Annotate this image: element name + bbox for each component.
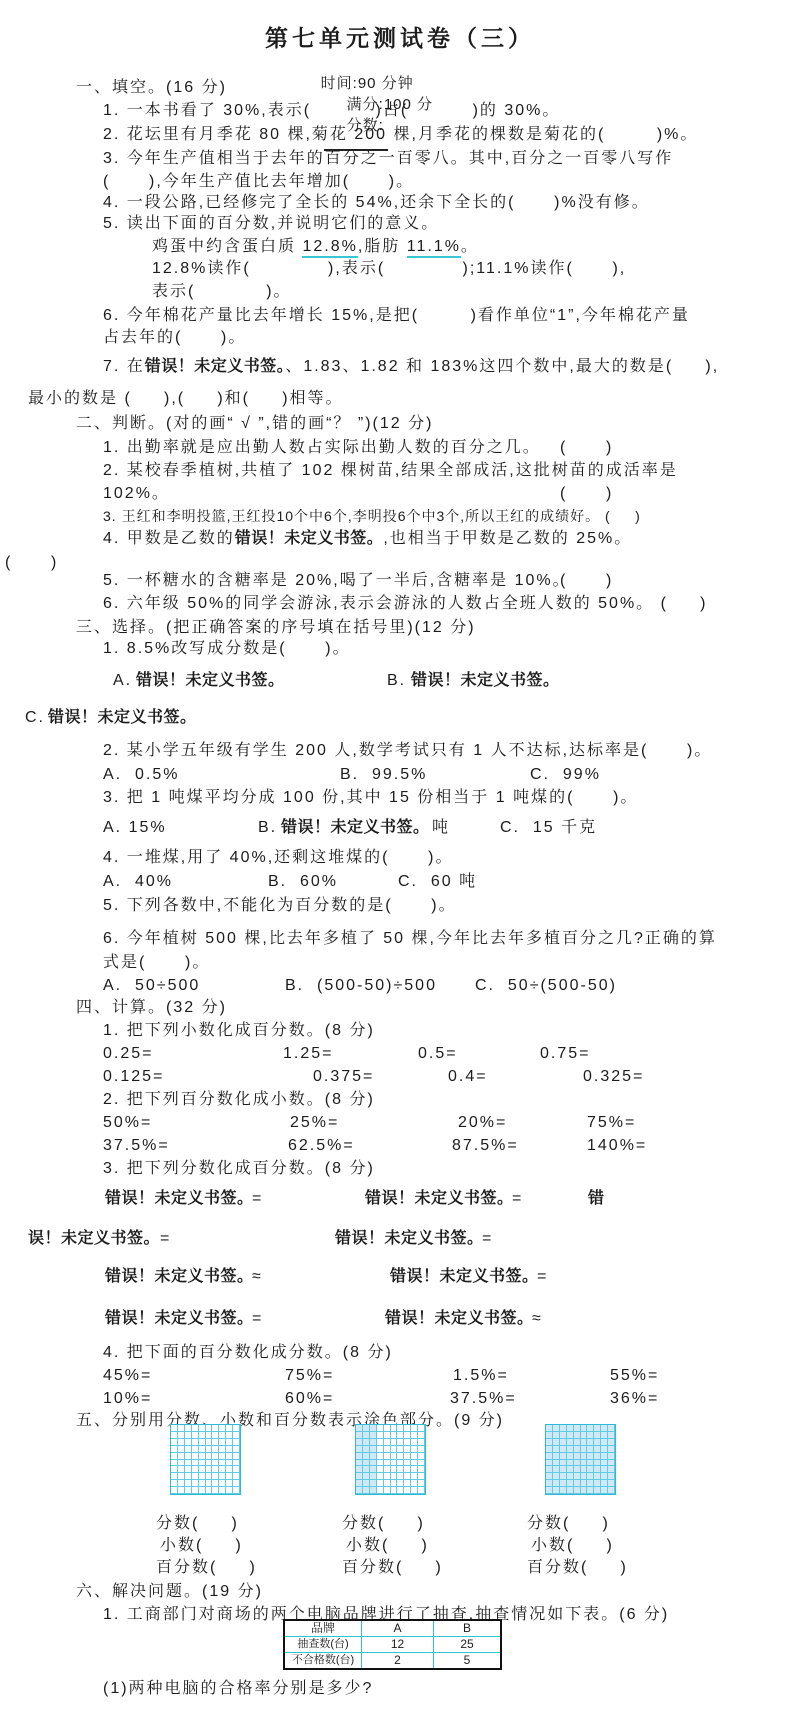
- grid-cell: [199, 1480, 206, 1487]
- grid-cell: [594, 1439, 601, 1446]
- grid-cell: [397, 1473, 404, 1480]
- grid-cell: [546, 1425, 553, 1432]
- q4-4-r1: 45%=75%=1.5%=55%=: [0, 1365, 800, 1389]
- grid-cell: [546, 1460, 553, 1467]
- grid-cell: [608, 1446, 615, 1453]
- grid-cell: [219, 1460, 226, 1467]
- grid-cell: [356, 1432, 363, 1439]
- grid-cell: [206, 1432, 213, 1439]
- grid-cell: [587, 1453, 594, 1460]
- text-segment: 占去年的( )。: [103, 329, 246, 346]
- survey-table-wrap: 品牌 A B 抽查数(台) 12 25 不合格数(台) 2 5: [283, 1619, 502, 1670]
- grid-cell: [233, 1446, 240, 1453]
- grid-cell: [199, 1473, 206, 1480]
- q4-3-r2: 误！未定义书签。=错误！未定义书签。=: [0, 1228, 800, 1252]
- text-segment: 分数( ): [342, 1513, 425, 1535]
- grid-cell: [171, 1466, 178, 1473]
- error-bookmark-text: 错误！未定义书签。: [105, 1266, 254, 1288]
- text-segment: 一、填空。(16 分): [76, 79, 227, 96]
- grid-cell: [206, 1446, 213, 1453]
- grid-cell: [594, 1466, 601, 1473]
- grid-cell: [567, 1460, 574, 1467]
- grid-cell: [370, 1425, 377, 1432]
- grid-cell: [185, 1466, 192, 1473]
- grid-cell: [391, 1460, 398, 1467]
- grid-cell: [411, 1480, 418, 1487]
- text-segment: C. 60 吨: [398, 871, 477, 893]
- text-segment: 87.5%=: [452, 1135, 519, 1157]
- grid-cell: [377, 1487, 384, 1494]
- text-segment: 62.5%=: [288, 1135, 355, 1157]
- grid-cell: [581, 1487, 588, 1494]
- error-bookmark-text: 错: [588, 1188, 605, 1210]
- grid-cell: [391, 1439, 398, 1446]
- q3-4-opts: A. 40%B. 60%C. 60 吨: [0, 871, 800, 895]
- q1-2: 2. 花坛里有月季花 80 棵,菊花 200 棵,月季花的棵数是菊花的( )%。: [0, 124, 800, 148]
- grid-cell: [553, 1460, 560, 1467]
- grid-cell: [233, 1460, 240, 1467]
- grid-cell: [178, 1487, 185, 1494]
- q1-5-read2: 表示( )。: [0, 281, 800, 305]
- text-segment: =: [512, 1188, 523, 1210]
- grid-cell: [411, 1453, 418, 1460]
- text-segment: 小数( ): [531, 1535, 614, 1557]
- text-segment: 37.5%=: [450, 1388, 517, 1410]
- grid-cell: [574, 1453, 581, 1460]
- text-segment: 140%=: [587, 1135, 647, 1157]
- grid-cell: [178, 1473, 185, 1480]
- text-segment: 鸡蛋中约含蛋白质: [152, 238, 302, 255]
- grid-cell: [397, 1425, 404, 1432]
- grid-cell: [404, 1480, 411, 1487]
- text-segment: C. 15 千克: [500, 817, 597, 839]
- grid-cell: [219, 1466, 226, 1473]
- grid-cell: [546, 1432, 553, 1439]
- grid-cell: [384, 1480, 391, 1487]
- table-cell-sampled-a: 12: [362, 1637, 434, 1653]
- grid-cell: [553, 1466, 560, 1473]
- text-segment: 12.8%读作( ),表示( );11.1%读作( ),: [152, 260, 626, 277]
- grid-cell: [178, 1453, 185, 1460]
- text-segment: 1. 8.5%改写成分数是( )。: [103, 640, 351, 657]
- grid-cell: [356, 1487, 363, 1494]
- grid-cell: [384, 1466, 391, 1473]
- text-segment: 、1.83、1.82 和 183%这四个数中,最大的数是( ),: [285, 358, 719, 375]
- text-segment: (1)两种电脑的合格率分别是多少?: [103, 1680, 373, 1697]
- q2-6: 6. 六年级 50%的同学会游泳,表示会游泳的人数占全班人数的 50%。 ( ): [0, 593, 800, 617]
- grid-cell: [219, 1439, 226, 1446]
- grid-cell: [594, 1487, 601, 1494]
- hundred-grid-3: [545, 1424, 616, 1495]
- grid-cell: [601, 1473, 608, 1480]
- grid-cell: [384, 1432, 391, 1439]
- grid-cell: [384, 1473, 391, 1480]
- text-segment: B. (500-50)÷500: [285, 975, 437, 997]
- q1-3a: 3. 今年生产值相当于去年的百分之一百零八。其中,百分之一百零八写作: [0, 148, 800, 172]
- grid-cell: [391, 1453, 398, 1460]
- q3-1-ab: A. 错误！未定义书签。B. 错误！未定义书签。: [0, 670, 800, 694]
- grid-cell: [608, 1425, 615, 1432]
- error-bookmark-text: 错误！未定义书签。: [385, 1308, 534, 1330]
- text-segment: 55%=: [610, 1365, 659, 1387]
- grid-cell: [199, 1487, 206, 1494]
- grid-cell: [199, 1453, 206, 1460]
- grid-cell: [226, 1439, 233, 1446]
- grid-cell: [546, 1466, 553, 1473]
- grid-cell: [233, 1487, 240, 1494]
- underlined-percent: 11.1%: [407, 238, 461, 258]
- q2-2a: 2. 某校春季植树,共植了 102 棵树苗,结果全部成活,这批树苗的成活率是: [0, 460, 800, 484]
- grid-cell: [171, 1446, 178, 1453]
- grid-cell: [560, 1487, 567, 1494]
- grid-cell: [199, 1460, 206, 1467]
- text-segment: 60%=: [285, 1388, 334, 1410]
- text-segment: ( ): [560, 570, 613, 592]
- text-segment: 0.375=: [313, 1066, 374, 1088]
- grid-cell: [206, 1473, 213, 1480]
- grid-cell: [363, 1480, 370, 1487]
- grid-cell: [219, 1473, 226, 1480]
- sec6-heading: 六、解决问题。(19 分): [0, 1581, 800, 1605]
- q4-1-r1: 0.25=1.25=0.5=0.75=: [0, 1043, 800, 1067]
- grid-cell: [418, 1466, 425, 1473]
- grid-cell: [370, 1439, 377, 1446]
- grid-cell: [178, 1432, 185, 1439]
- text-segment: 1.25=: [283, 1043, 333, 1065]
- text-segment: 3. 今年生产值相当于去年的百分之一百零八。其中,百分之一百零八写作: [103, 150, 673, 167]
- text-segment: 分数( ): [156, 1513, 239, 1535]
- grid-cell: [384, 1439, 391, 1446]
- grid-cell: [391, 1432, 398, 1439]
- grid-cell: [206, 1453, 213, 1460]
- grid-cell: [363, 1473, 370, 1480]
- text-segment: C. 99%: [530, 764, 601, 786]
- grid-cell: [601, 1466, 608, 1473]
- hundred-grid-2: [355, 1424, 426, 1495]
- grid-cell: [212, 1453, 219, 1460]
- error-bookmark-text: 错误！未定义书签。: [365, 1188, 514, 1210]
- grid-cell: [178, 1425, 185, 1432]
- grid-cell: [384, 1446, 391, 1453]
- text-segment: ( ),今年生产值比去年增加( )。: [103, 173, 414, 190]
- text-segment: 0.5=: [418, 1043, 458, 1065]
- grid-cell: [212, 1446, 219, 1453]
- grid-cell: [356, 1480, 363, 1487]
- text-segment: ≈: [252, 1266, 263, 1288]
- text-segment: 五、分别用分数、小数和百分数表示涂色部分。(9 分): [76, 1412, 504, 1429]
- text-segment: B.: [387, 670, 413, 692]
- text-segment: 0.75=: [540, 1043, 590, 1065]
- grid-cell: [567, 1453, 574, 1460]
- grid-cell: [212, 1439, 219, 1446]
- grid-cell: [397, 1446, 404, 1453]
- grid-cell: [171, 1432, 178, 1439]
- q4-4-r2: 10%=60%=37.5%=36%=: [0, 1388, 800, 1412]
- grid-cell: [178, 1480, 185, 1487]
- grid-cell: [199, 1439, 206, 1446]
- grid-cell: [567, 1439, 574, 1446]
- grid-cell: [233, 1473, 240, 1480]
- grid-cell: [601, 1453, 608, 1460]
- grid-cell: [553, 1446, 560, 1453]
- grid-cell: [418, 1473, 425, 1480]
- q3-3: 3. 把 1 吨煤平均分成 100 份,其中 15 份相当于 1 吨煤的( )。: [0, 787, 800, 811]
- text-segment: ( ): [5, 554, 58, 571]
- table-header-brand: 品牌: [284, 1620, 362, 1637]
- grid-cell: [574, 1487, 581, 1494]
- table-header-a: A: [362, 1620, 434, 1637]
- text-segment: 百分数( ): [527, 1557, 628, 1579]
- grid-cell: [411, 1473, 418, 1480]
- grid-cell: [601, 1446, 608, 1453]
- grid-cell: [560, 1425, 567, 1432]
- text-segment: 75%=: [285, 1365, 334, 1387]
- text-segment: 6. 六年级 50%的同学会游泳,表示会游泳的人数占全班人数的 50%。 ( ): [103, 595, 708, 612]
- error-bookmark-text: 错误！未定义书签。: [390, 1266, 539, 1288]
- grid-cell: [397, 1480, 404, 1487]
- grid-cell: [363, 1446, 370, 1453]
- q3-4: 4. 一堆煤,用了 40%,还剩这堆煤的( )。: [0, 847, 800, 871]
- grid-cell: [601, 1425, 608, 1432]
- grid-cell: [560, 1439, 567, 1446]
- text-segment: ( ): [560, 483, 613, 505]
- grid-cell: [377, 1473, 384, 1480]
- text-segment: 三、选择。(把正确答案的序号填在括号里)(12 分): [76, 619, 476, 636]
- grid-cell: [608, 1453, 615, 1460]
- grid-cell: [587, 1487, 594, 1494]
- grid-cell: [171, 1425, 178, 1432]
- grid-cell: [391, 1446, 398, 1453]
- grid-cell: [199, 1425, 206, 1432]
- grid-cell: [363, 1460, 370, 1467]
- grid-cell: [212, 1473, 219, 1480]
- text-segment: 0.4=: [448, 1066, 488, 1088]
- grid-cell: [377, 1439, 384, 1446]
- grid-cell: [192, 1439, 199, 1446]
- grid-cell: [192, 1453, 199, 1460]
- grid-cell: [199, 1446, 206, 1453]
- grid-cell: [608, 1460, 615, 1467]
- grid-cell: [206, 1460, 213, 1467]
- grid-labels-decimal: 小数( )小数( )小数( ): [0, 1535, 800, 1559]
- table-cell-sampled-label: 抽查数(台): [284, 1637, 362, 1653]
- grid-cell: [567, 1480, 574, 1487]
- text-segment: =: [252, 1188, 263, 1210]
- grid-cell: [370, 1432, 377, 1439]
- text-segment: 102%。: [103, 485, 170, 502]
- q1-7b: 最小的数是 ( ),( )和( )相等。: [0, 388, 800, 412]
- text-segment: 小数( ): [160, 1535, 243, 1557]
- grid-cell: [574, 1425, 581, 1432]
- text-segment: 37.5%=: [103, 1135, 170, 1157]
- error-bookmark-text: 错误！未定义书签。: [235, 530, 384, 547]
- grid-cell: [594, 1480, 601, 1487]
- text-segment: 最小的数是 ( ),( )和( )相等。: [28, 390, 344, 407]
- text-segment: 分数( ): [527, 1513, 610, 1535]
- grid-cell: [587, 1480, 594, 1487]
- text-segment: 4. 把下面的百分数化成分数。(8 分): [103, 1344, 393, 1361]
- grid-cell: [608, 1466, 615, 1473]
- text-segment: 0.25=: [103, 1043, 153, 1065]
- text-segment: 六、解决问题。(19 分): [76, 1583, 263, 1600]
- grid-cell: [397, 1439, 404, 1446]
- grid-cell: [567, 1432, 574, 1439]
- grid-cell: [546, 1446, 553, 1453]
- text-segment: A. 50÷500: [103, 975, 200, 997]
- q6-1-sub1: (1)两种电脑的合格率分别是多少?: [0, 1678, 800, 1702]
- grid-cell: [206, 1439, 213, 1446]
- grid-cell: [206, 1480, 213, 1487]
- grid-cell: [404, 1439, 411, 1446]
- grid-cell: [567, 1425, 574, 1432]
- grid-cell: [206, 1425, 213, 1432]
- grid-cell: [587, 1473, 594, 1480]
- text-segment: 。: [461, 238, 479, 255]
- table-header-b: B: [434, 1620, 502, 1637]
- text-segment: 0.325=: [583, 1066, 644, 1088]
- grid-cell: [377, 1460, 384, 1467]
- grid-cell: [608, 1480, 615, 1487]
- error-bookmark-text: 错误！未定义书签。: [411, 670, 560, 692]
- text-segment: C. 50÷(500-50): [475, 975, 617, 997]
- grid-cell: [404, 1432, 411, 1439]
- grid-cell: [560, 1453, 567, 1460]
- grid-cell: [192, 1425, 199, 1432]
- grid-cell: [574, 1446, 581, 1453]
- grid-cell: [219, 1425, 226, 1432]
- grid-cell: [587, 1439, 594, 1446]
- grid-cell: [391, 1466, 398, 1473]
- grid-cell: [363, 1439, 370, 1446]
- grid-cell: [185, 1425, 192, 1432]
- q4-3: 3. 把下列分数化成百分数。(8 分): [0, 1158, 800, 1182]
- text-segment: 3. 把下列分数化成百分数。(8 分): [103, 1160, 375, 1177]
- grid-cell: [226, 1460, 233, 1467]
- grid-cell: [233, 1439, 240, 1446]
- grid-cell: [212, 1460, 219, 1467]
- grid-cell: [363, 1425, 370, 1432]
- grid-cell: [581, 1432, 588, 1439]
- text-segment: 6. 今年棉花产量比去年增长 15%,是把( )看作单位“1”,今年棉花产量: [103, 307, 690, 324]
- table-cell-failed-label: 不合格数(台): [284, 1653, 362, 1670]
- grid-cell: [560, 1446, 567, 1453]
- grid-cell: [594, 1453, 601, 1460]
- grid-cell: [574, 1473, 581, 1480]
- grid-cell: [567, 1487, 574, 1494]
- grid-cell: [391, 1480, 398, 1487]
- q1-5: 5. 读出下面的百分数,并说明它们的意义。: [0, 213, 800, 237]
- grid-cell: [411, 1466, 418, 1473]
- text-segment: 1. 出勤率就是应出勤人数占实际出勤人数的百分之几。: [103, 439, 541, 456]
- grid-cell: [219, 1432, 226, 1439]
- hundred-grid-1: [170, 1424, 241, 1495]
- grid-cell: [546, 1439, 553, 1446]
- text-segment: 二、判断。(对的画“ √ ”,错的画“？ ”)(12 分): [76, 415, 433, 432]
- grid-cell: [411, 1487, 418, 1494]
- grid-cell: [370, 1460, 377, 1467]
- text-segment: 小数( ): [346, 1535, 429, 1557]
- text-segment: =: [160, 1228, 171, 1250]
- grid-cell: [553, 1480, 560, 1487]
- text-segment: 2. 花坛里有月季花 80 棵,菊花 200 棵,月季花的棵数是菊花的( )%。: [103, 126, 698, 143]
- grid-cell: [192, 1487, 199, 1494]
- grid-cell: [212, 1487, 219, 1494]
- grid-cell: [384, 1453, 391, 1460]
- text-segment: 2. 某校春季植树,共植了 102 棵树苗,结果全部成活,这批树苗的成活率是: [103, 462, 678, 479]
- grid-cell: [212, 1480, 219, 1487]
- grid-cell: [397, 1466, 404, 1473]
- q2-5: 5. 一杯糖水的含糖率是 20%,喝了一半后,含糖率是 10%。( ): [0, 570, 800, 594]
- grid-cell: [219, 1480, 226, 1487]
- grid-cell: [601, 1460, 608, 1467]
- grid-cell: [370, 1473, 377, 1480]
- grid-cell: [356, 1446, 363, 1453]
- q4-3-r4: 错误！未定义书签。=错误！未定义书签。≈: [0, 1308, 800, 1332]
- grid-cell: [594, 1473, 601, 1480]
- grid-cell: [404, 1466, 411, 1473]
- grid-cell: [418, 1439, 425, 1446]
- grid-cell: [185, 1473, 192, 1480]
- grid-cell: [418, 1425, 425, 1432]
- grid-cell: [233, 1480, 240, 1487]
- grid-cell: [192, 1432, 199, 1439]
- text-segment: 5. 下列各数中,不能化为百分数的是( )。: [103, 897, 457, 914]
- grid-cell: [574, 1439, 581, 1446]
- grid-cell: [178, 1460, 185, 1467]
- grid-cell: [411, 1460, 418, 1467]
- grid-cell: [391, 1487, 398, 1494]
- grid-cell: [418, 1446, 425, 1453]
- grid-cell: [212, 1425, 219, 1432]
- text-segment: 1. 一本书看了 30%,表示( )占( )的 30%。: [103, 102, 560, 119]
- grid-cell: [560, 1480, 567, 1487]
- text-segment: ,也相当于甲数是乙数的 25%。: [383, 530, 632, 547]
- grid-cell: [192, 1466, 199, 1473]
- grid-cell: [226, 1487, 233, 1494]
- grid-cell: [404, 1473, 411, 1480]
- sec2-heading: 二、判断。(对的画“ √ ”,错的画“？ ”)(12 分): [0, 413, 800, 437]
- q1-7: 7. 在错误！未定义书签。、1.83、1.82 和 183%这四个数中,最大的数…: [0, 356, 800, 380]
- text-segment: 4. 一段公路,已经修完了全长的 54%,还余下全长的( )%没有修。: [103, 194, 650, 211]
- q2-1: 1. 出勤率就是应出勤人数占实际出勤人数的百分之几。( ): [0, 437, 800, 461]
- grid-cell: [411, 1439, 418, 1446]
- q4-1-r2: 0.125=0.375=0.4=0.325=: [0, 1066, 800, 1090]
- grid-cell: [553, 1425, 560, 1432]
- grid-cell: [574, 1466, 581, 1473]
- grid-cell: [185, 1432, 192, 1439]
- text-segment: B. 60%: [268, 871, 338, 893]
- grid-cell: [594, 1432, 601, 1439]
- grid-cell: [560, 1432, 567, 1439]
- grid-cell: [185, 1487, 192, 1494]
- grid-cell: [404, 1453, 411, 1460]
- q2-2b: 102%。( ): [0, 483, 800, 507]
- text-segment: =: [537, 1266, 548, 1288]
- q1-5-read: 12.8%读作( ),表示( );11.1%读作( ),: [0, 258, 800, 282]
- grid-cell: [377, 1480, 384, 1487]
- grid-cell: [226, 1466, 233, 1473]
- text-segment: A. 40%: [103, 871, 173, 893]
- q4-3-r3: 错误！未定义书签。≈错误！未定义书签。=: [0, 1266, 800, 1290]
- grid-cell: [581, 1446, 588, 1453]
- q3-5: 5. 下列各数中,不能化为百分数的是( )。: [0, 895, 800, 919]
- grid-cell: [171, 1453, 178, 1460]
- text-segment: B.: [258, 817, 284, 839]
- grid-cell: [546, 1487, 553, 1494]
- grid-cell: [356, 1460, 363, 1467]
- grid-cell: [356, 1453, 363, 1460]
- grid-cell: [199, 1466, 206, 1473]
